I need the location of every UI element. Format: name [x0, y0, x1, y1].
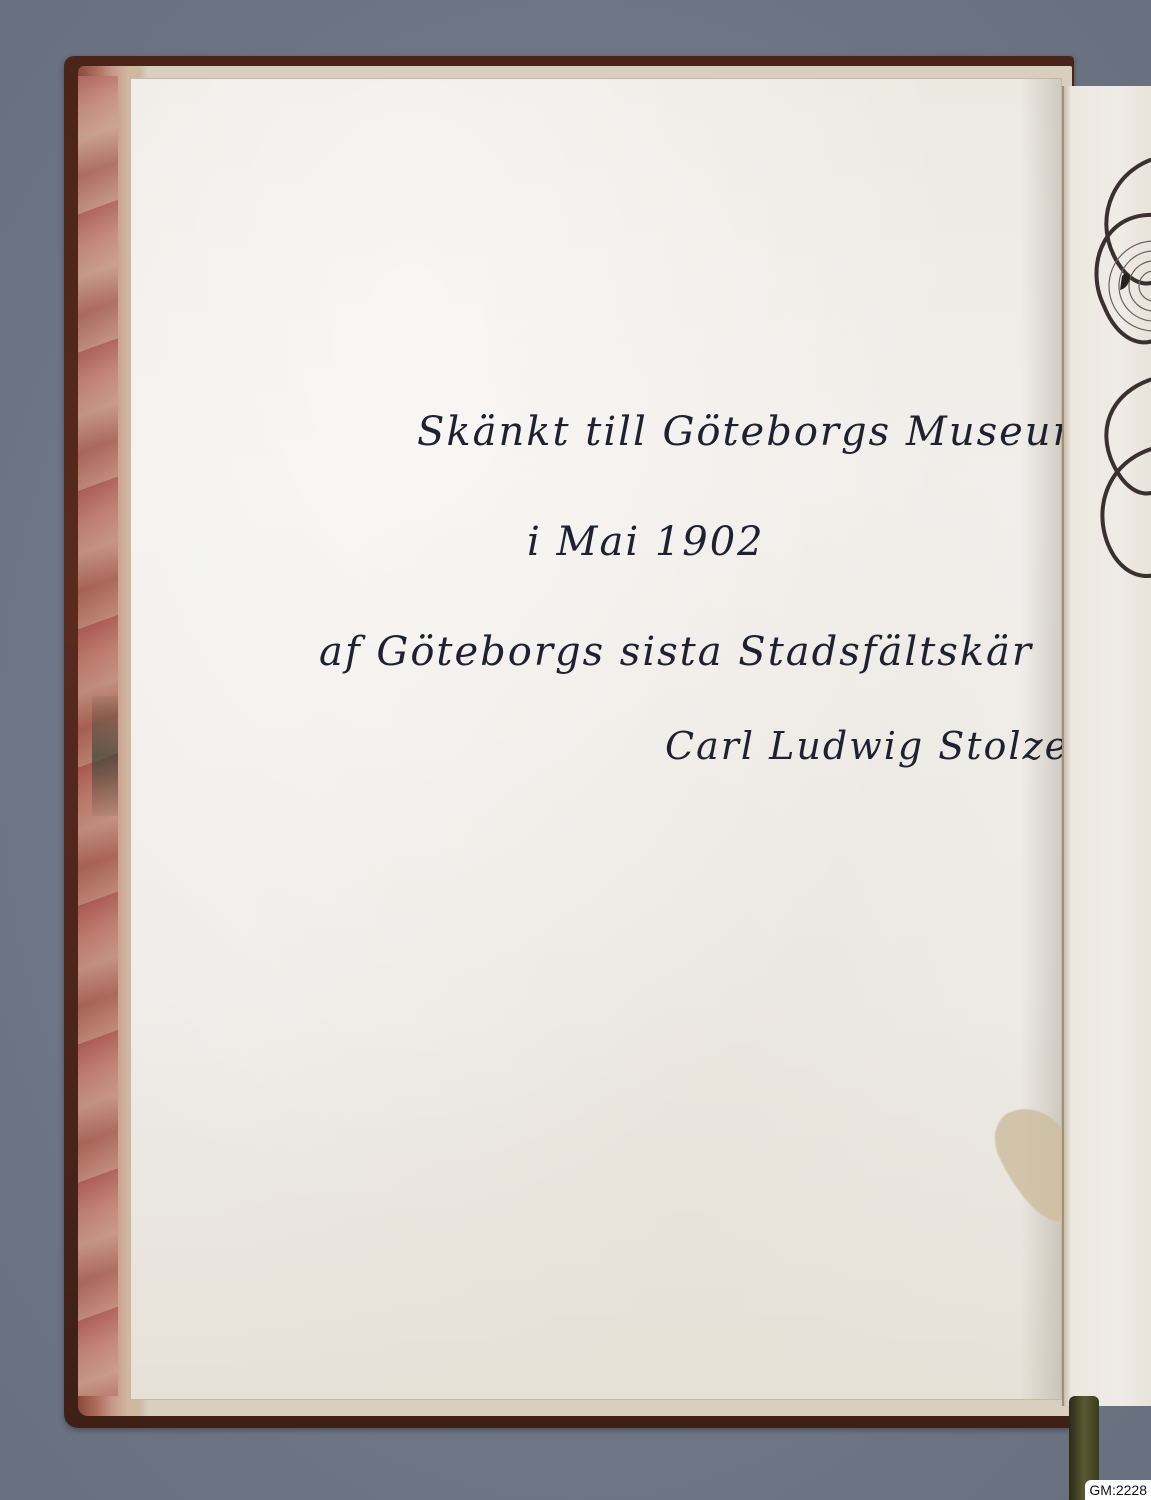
- inscription-line-2: i Mai 1902: [527, 519, 765, 565]
- pastedown-page: Skänkt till Göteborgs Museum i Mai 1902 …: [130, 78, 1062, 1400]
- handwritten-inscription: Skänkt till Göteborgs Museum i Mai 1902 …: [131, 79, 1061, 1399]
- facing-page: [1062, 86, 1151, 1406]
- inscription-line-1: Skänkt till Göteborgs Museum: [417, 409, 1093, 455]
- inscription-line-3: af Göteborgs sista Stadsfältskär: [319, 629, 1033, 675]
- inscription-signature: Carl Ludwig Stolze: [665, 724, 1069, 768]
- open-book: Skänkt till Göteborgs Museum i Mai 1902 …: [64, 56, 1151, 1428]
- calligraphic-flourish-icon: [1074, 126, 1151, 586]
- marbled-dark-patch: [92, 696, 118, 816]
- catalog-label: GM:2228: [1085, 1480, 1151, 1500]
